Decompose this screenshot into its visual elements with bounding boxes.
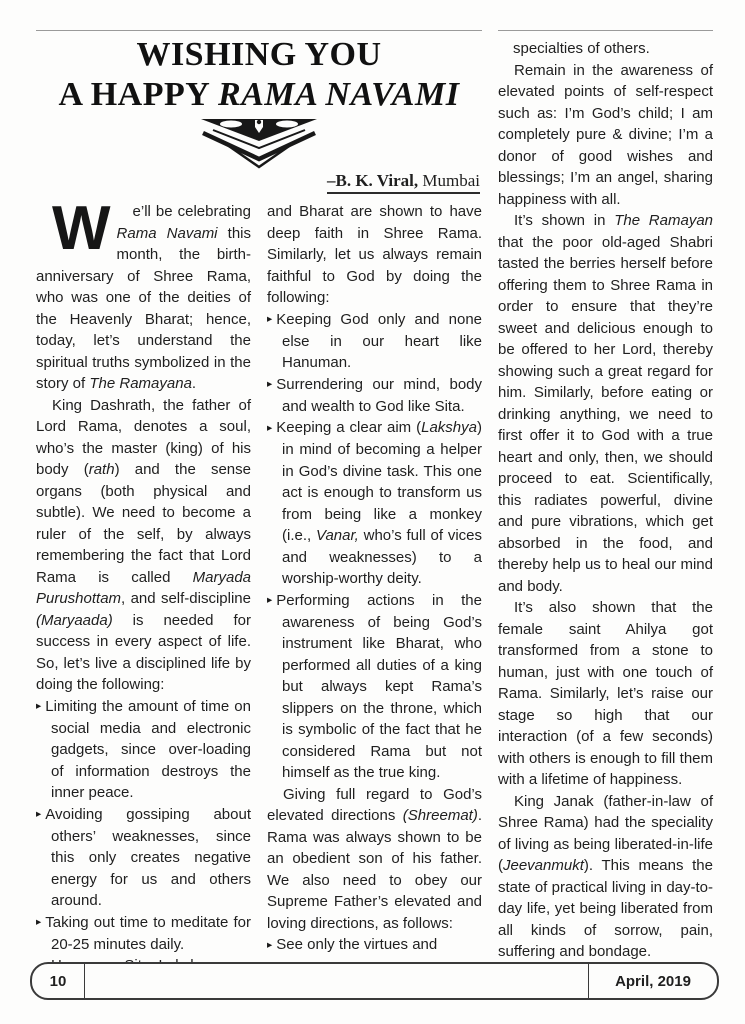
bullet-triangle-icon: ▸ — [36, 808, 45, 820]
page-title: WISHING YOU A HAPPY RAMA NAVAMI — [36, 35, 482, 115]
bullet-item: ▸Limiting the amount of time on social m… — [36, 696, 251, 804]
bullet-triangle-icon: ▸ — [267, 939, 276, 951]
byline: –B. K. Viral, Mumbai — [36, 171, 482, 194]
bullet-triangle-icon: ▸ — [267, 378, 276, 390]
bullet-item: ▸Keeping a clear aim (Lakshya) in mind o… — [267, 417, 482, 590]
article-header: WISHING YOU A HAPPY RAMA NAVAMI –B. K. V… — [36, 30, 482, 194]
bullet-item: ▸Keeping God only and none else in our h… — [267, 309, 482, 374]
author-city: Mumbai — [418, 171, 480, 190]
bullet-item: ▸See only the virtues and — [267, 934, 482, 956]
fleuron-ornament-icon — [36, 117, 482, 169]
paragraph: We’ll be celebrating Rama Navami this mo… — [36, 201, 251, 395]
title-line-2: A HAPPY RAMA NAVAMI — [36, 75, 482, 115]
paragraph: and Bharat are shown to have deep faith … — [267, 201, 482, 309]
bullet-triangle-icon: ▸ — [36, 700, 45, 712]
paragraph: King Dashrath, the father of Lord Rama, … — [36, 395, 251, 696]
paragraph: It’s also shown that the female saint Ah… — [498, 597, 713, 791]
title-line-1: WISHING YOU — [36, 35, 482, 75]
bullet-triangle-icon: ▸ — [267, 313, 276, 325]
bullet-item: ▸Taking out time to meditate for 20-25 m… — [36, 912, 251, 956]
footer-spacer — [85, 964, 588, 998]
bullet-triangle-icon: ▸ — [267, 422, 276, 434]
paragraph: specialties of others. — [498, 38, 713, 60]
paragraph: King Janak (father-in-law of Shree Rama)… — [498, 791, 713, 963]
issue-date: April, 2019 — [588, 964, 717, 998]
article-column-1: We’ll be celebrating Rama Navami this mo… — [36, 194, 251, 977]
page-footer: 10 April, 2019 — [30, 962, 719, 1000]
bullet-item: ▸Performing actions in the awareness of … — [267, 590, 482, 784]
article-column-3: specialties of others.Remain in the awar… — [498, 30, 713, 977]
magazine-page: WISHING YOU A HAPPY RAMA NAVAMI –B. K. V… — [0, 0, 745, 1024]
bullet-triangle-icon: ▸ — [267, 594, 276, 606]
paragraph: It’s shown in The Ramayan that the poor … — [498, 210, 713, 597]
author-name: –B. K. Viral, — [327, 171, 418, 190]
page-number: 10 — [32, 964, 85, 998]
bullet-item: ▸Surrendering our mind, body and wealth … — [267, 374, 482, 418]
article-layout: WISHING YOU A HAPPY RAMA NAVAMI –B. K. V… — [36, 30, 715, 977]
paragraph: Remain in the awareness of elevated poin… — [498, 60, 713, 211]
bullet-item: ▸Avoiding gossiping about others’ weakne… — [36, 804, 251, 912]
article-column-2: and Bharat are shown to have deep faith … — [267, 194, 482, 977]
paragraph: Giving full regard to God’s elevated dir… — [267, 784, 482, 935]
bullet-triangle-icon: ▸ — [36, 916, 45, 928]
dropcap-letter: W — [36, 201, 117, 254]
